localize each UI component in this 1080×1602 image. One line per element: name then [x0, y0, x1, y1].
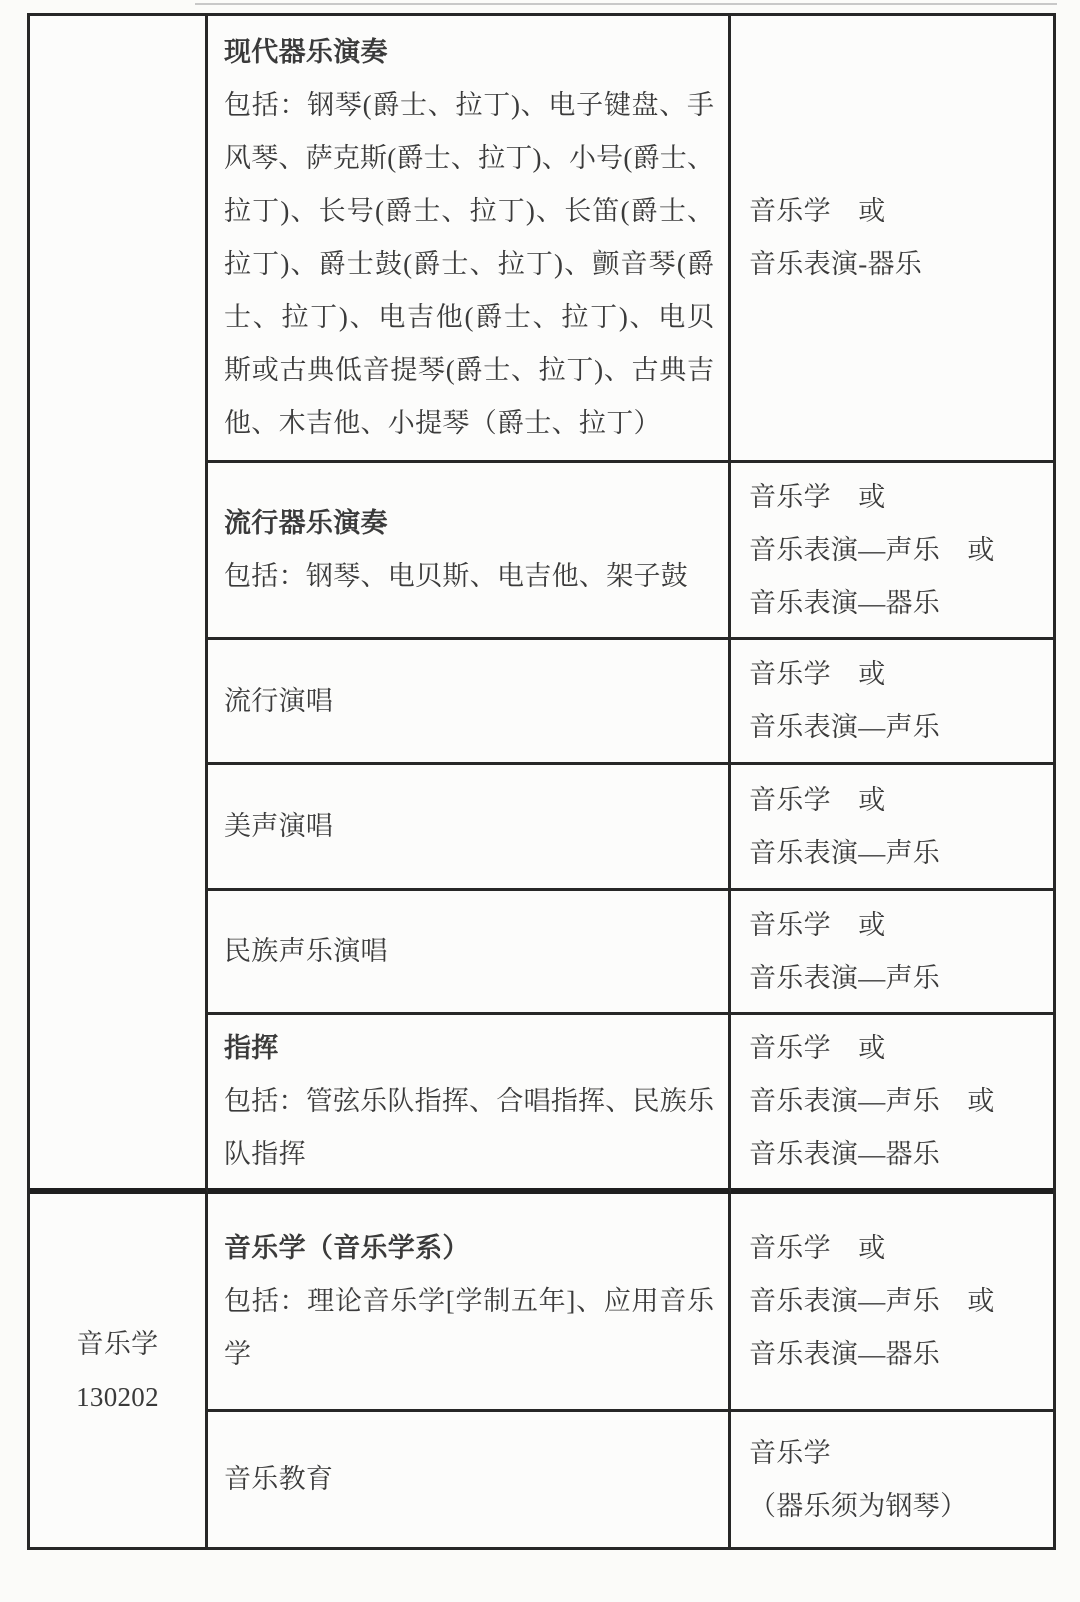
program-title: 现代器乐演奏: [224, 26, 714, 79]
program-cell-conducting: 指挥 包括：管弦乐队指挥、合唱指挥、民族乐 队指挥: [208, 1015, 731, 1194]
requirement-line: 音乐学: [749, 1427, 1039, 1480]
program-title: 音乐学（音乐学系）: [224, 1222, 714, 1275]
requirement-line: 音乐学 或: [749, 1222, 1039, 1275]
requirement-line: 音乐学 或: [749, 899, 1039, 952]
requirement-line: 音乐学 或: [749, 648, 1039, 701]
major-code: 130202: [76, 1371, 159, 1424]
requirement-line: 音乐学 或: [749, 1022, 1039, 1075]
program-title: 美声演唱: [224, 800, 714, 853]
requirement-line: 音乐表演—器乐: [749, 1328, 1039, 1381]
program-line: 拉丁)、爵士鼓(爵士、拉丁)、颤音琴(爵: [224, 238, 714, 291]
major-cell: 音乐学 130202: [30, 1194, 208, 1547]
program-cell-modern-instrumental: 现代器乐演奏 包括：钢琴(爵士、拉丁)、电子键盘、手 风琴、萨克斯(爵士、拉丁)…: [208, 16, 731, 463]
requirement-cell: 音乐学 （器乐须为钢琴）: [731, 1412, 1053, 1547]
requirement-line: 音乐表演—器乐: [749, 1128, 1039, 1181]
scan-artifact-line: [195, 3, 1057, 5]
scanned-document-page: 音乐学 130202 现代器乐演奏 包括：钢琴(爵士、拉丁)、电子键盘、手 风琴…: [0, 0, 1080, 1602]
requirement-line: 音乐学 或: [749, 774, 1039, 827]
requirement-line: 音乐表演—声乐 或: [749, 1275, 1039, 1328]
program-title: 音乐教育: [224, 1453, 714, 1506]
program-line: 拉丁)、长号(爵士、拉丁)、长笛(爵士、: [224, 185, 714, 238]
requirement-cell: 音乐学 或 音乐表演—声乐 或 音乐表演—器乐: [731, 1194, 1053, 1412]
program-cell-music-education: 音乐教育: [208, 1412, 731, 1547]
requirement-cell: 音乐学 或 音乐表演—声乐 或 音乐表演—器乐: [731, 1015, 1053, 1194]
program-title: 指挥: [224, 1022, 714, 1075]
major-name: 音乐学: [77, 1318, 159, 1371]
program-cell-musicology: 音乐学（音乐学系） 包括：理论音乐学[学制五年]、应用音乐 学: [208, 1194, 731, 1412]
requirement-line: 音乐表演—声乐: [749, 701, 1039, 754]
program-cell-bel-canto: 美声演唱: [208, 765, 731, 891]
program-line: 风琴、萨克斯(爵士、拉丁)、小号(爵士、: [224, 132, 714, 185]
program-title: 流行器乐演奏: [224, 497, 714, 550]
requirement-line: 音乐学 或: [749, 185, 1039, 238]
program-line: 学: [224, 1328, 714, 1381]
requirement-cell: 音乐学 或 音乐表演—声乐 或 音乐表演—器乐: [731, 463, 1053, 640]
program-line: 包括：钢琴、电贝斯、电吉他、架子鼓: [224, 550, 714, 603]
requirement-cell: 音乐学 或 音乐表演—声乐: [731, 640, 1053, 765]
requirement-line: 音乐表演—声乐: [749, 952, 1039, 1005]
program-line: 他、木吉他、小提琴（爵士、拉丁）: [224, 397, 714, 450]
requirement-line: 音乐表演—声乐: [749, 827, 1039, 880]
program-title: 流行演唱: [224, 675, 714, 728]
requirement-line: 音乐表演—声乐 或: [749, 524, 1039, 577]
program-line: 包括：管弦乐队指挥、合唱指挥、民族乐: [224, 1075, 714, 1128]
requirement-line: 音乐表演-器乐: [749, 238, 1039, 291]
requirement-line: 音乐表演—器乐: [749, 577, 1039, 630]
admissions-table: 音乐学 130202 现代器乐演奏 包括：钢琴(爵士、拉丁)、电子键盘、手 风琴…: [27, 13, 1056, 1550]
program-cell-pop-vocal: 流行演唱: [208, 640, 731, 765]
program-line: 包括：钢琴(爵士、拉丁)、电子键盘、手: [224, 79, 714, 132]
requirement-cell: 音乐学 或 音乐表演—声乐: [731, 891, 1053, 1015]
requirement-cell: 音乐学 或 音乐表演-器乐: [731, 16, 1053, 463]
requirement-cell: 音乐学 或 音乐表演—声乐: [731, 765, 1053, 891]
program-line: 士、拉丁)、电吉他(爵士、拉丁)、电贝: [224, 291, 714, 344]
program-line: 包括：理论音乐学[学制五年]、应用音乐: [224, 1275, 714, 1328]
program-cell-folk-vocal: 民族声乐演唱: [208, 891, 731, 1015]
requirement-line: （器乐须为钢琴）: [749, 1480, 1039, 1533]
requirement-line: 音乐学 或: [749, 471, 1039, 524]
program-line: 队指挥: [224, 1128, 714, 1181]
program-cell-pop-instrumental: 流行器乐演奏 包括：钢琴、电贝斯、电吉他、架子鼓: [208, 463, 731, 640]
program-line: 斯或古典低音提琴(爵士、拉丁)、古典吉: [224, 344, 714, 397]
requirement-line: 音乐表演—声乐 或: [749, 1075, 1039, 1128]
program-title: 民族声乐演唱: [224, 925, 714, 978]
major-cell-empty: [30, 16, 208, 1194]
